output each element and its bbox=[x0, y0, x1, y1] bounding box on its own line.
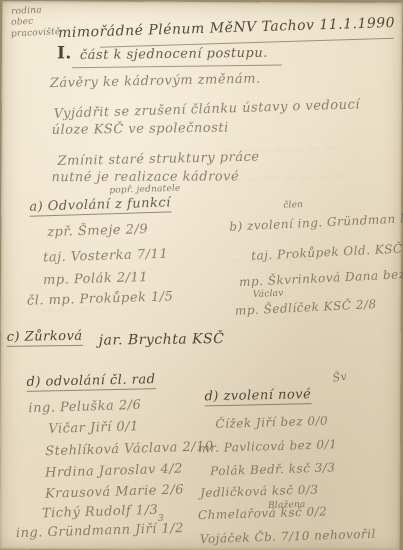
list-item: taj. Vosterka 7/11 bbox=[43, 247, 168, 266]
line-c-rest: jar. Brychta KSČ bbox=[99, 331, 225, 349]
margin-note: pracoviště bbox=[11, 27, 61, 39]
roman-numeral: I. bbox=[57, 43, 72, 63]
list-item: ing. Peluška 2/6 bbox=[28, 398, 141, 416]
subtitle: část k sjednocení postupu. bbox=[80, 46, 268, 63]
section-a-heading: a) Odvolání z funkcí bbox=[29, 195, 171, 214]
list-item: mp. Šedlíček KSČ 2/8 bbox=[235, 297, 377, 318]
list-item: Tichý Rudolf 1/3 bbox=[42, 503, 159, 522]
page-title: mimořádné Plénum MěNV Tachov 11.1.1990 bbox=[58, 15, 395, 41]
note-line: Závěry ke kádrovým změnám. bbox=[50, 72, 261, 92]
list-item: Krausová Marie 2/6 bbox=[45, 483, 184, 502]
list-item: Vičar Jiří 0/1 bbox=[48, 419, 139, 437]
scanned-document: — — — — — — — — — — — — — — — — — — — — … bbox=[0, 0, 403, 550]
list-item: Jedličková ksč 0/3 bbox=[200, 482, 319, 500]
note-line: úloze KSČ ve společnosti bbox=[52, 121, 229, 138]
margin-note: obec bbox=[11, 17, 34, 28]
margin-scribble: Šv bbox=[332, 370, 348, 385]
list-item: Stehlíková Václava 2/10 bbox=[45, 439, 214, 459]
section-d-left-heading: d) odvolání čl. rad bbox=[26, 372, 155, 390]
list-item: mp. Škvrinková Dana bez 1/6 bbox=[239, 266, 403, 289]
insert-note: Václav bbox=[253, 289, 284, 300]
insert-note: člen bbox=[283, 200, 303, 211]
section-b-heading: b) zvolení ing. Gründman bez 0/8 bbox=[229, 209, 403, 233]
list-item: Polák Bedř. ksč 3/3 bbox=[210, 460, 336, 478]
insert-note: popř. jednatele bbox=[109, 184, 180, 196]
note-line: nutné je realizace kádrové bbox=[51, 169, 239, 185]
list-item: zpř. Šmeje 2/9 bbox=[47, 222, 148, 240]
list-item: čl. mp. Prokůpek 1/5 bbox=[27, 289, 174, 308]
list-item: mr. Pavlicová bez 0/1 bbox=[198, 437, 337, 455]
list-item: Čížek Jiří bez 0/0 bbox=[215, 414, 328, 431]
section-d-right-heading: d) zvolení nové bbox=[204, 387, 311, 404]
note-line: Zmínit staré struktury práce bbox=[57, 150, 259, 169]
margin-note: rodina bbox=[11, 6, 42, 17]
list-item: mp. Polák 2/11 bbox=[43, 270, 148, 288]
list-item: Hrdina Jaroslav 4/2 bbox=[45, 462, 183, 481]
list-item: Vojáček Čb. 7/10 nehovořil bbox=[200, 527, 376, 546]
subtitle-underline bbox=[72, 65, 282, 69]
list-item: ing. Gründmann Jiří 1/2 bbox=[16, 521, 184, 541]
paper-page: — — — — — — — — — — — — — — — — — — — — … bbox=[0, 1, 402, 550]
bleedthrough-text: — — — — — — — bbox=[231, 169, 347, 188]
list-item: taj. Prokůpek Old. KSČ 1/9 bbox=[251, 240, 403, 262]
list-item: Chmelařová ksč 0/2 bbox=[198, 504, 328, 522]
line-c-label: c) Zůrková bbox=[7, 329, 83, 345]
note-line: Vyjádřit se zrušení článku ústavy o vedo… bbox=[54, 97, 361, 121]
